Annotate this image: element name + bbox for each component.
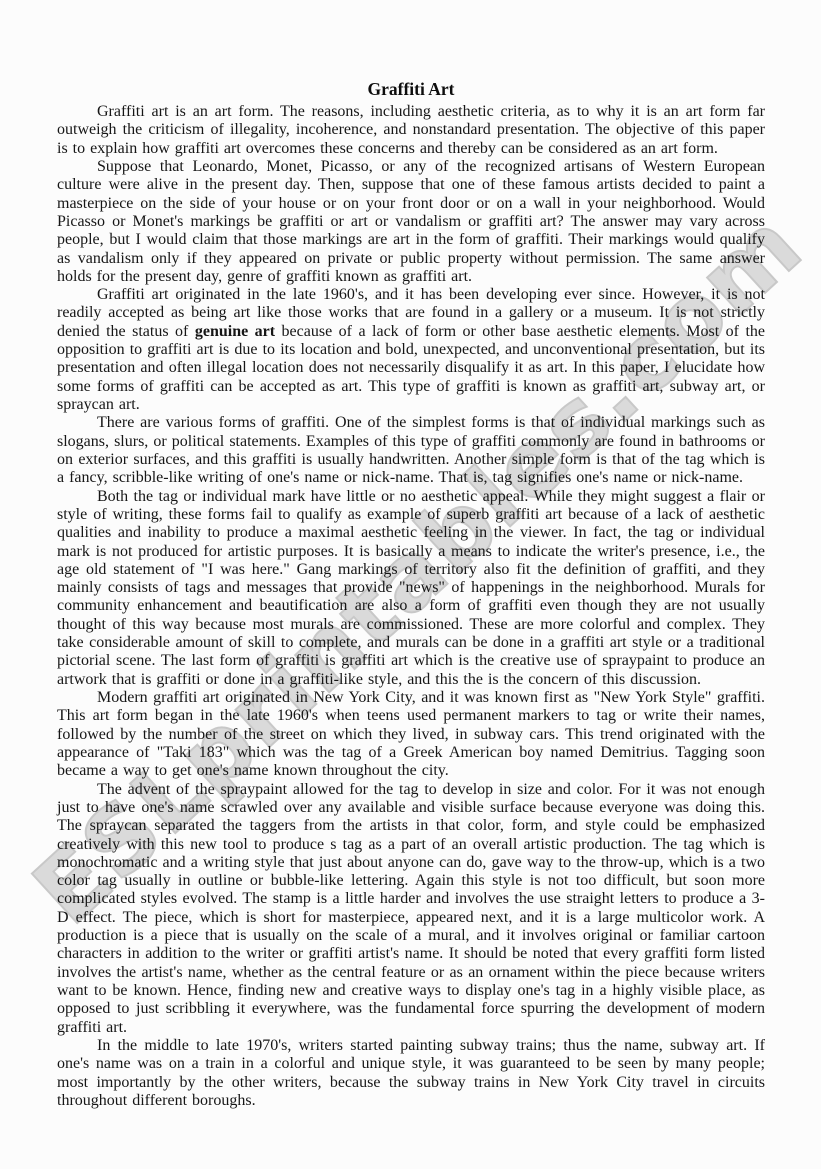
paragraph: There are various forms of graffiti. One… (57, 414, 765, 487)
text-run: The advent of the spraypaint allowed for… (57, 781, 765, 1036)
text-run: Modern graffiti art originated in New Yo… (57, 689, 765, 779)
text-run: There are various forms of graffiti. One… (57, 414, 765, 486)
text-run: In the middle to late 1970's, writers st… (57, 1037, 765, 1109)
essay-content: Graffiti Art Graffiti art is an art form… (0, 0, 821, 1110)
text-run: Suppose that Leonardo, Monet, Picasso, o… (57, 158, 765, 285)
bold-text-run: genuine art (195, 323, 275, 340)
document-page: ESLprintables.com Graffiti Art Graffiti … (0, 0, 821, 1169)
paragraph: Modern graffiti art originated in New Yo… (57, 689, 765, 781)
paragraph: Graffiti art originated in the late 1960… (57, 286, 765, 414)
paragraph: Graffiti art is an art form. The reasons… (57, 103, 765, 158)
essay-body: Graffiti art is an art form. The reasons… (57, 103, 765, 1110)
paragraph: The advent of the spraypaint allowed for… (57, 781, 765, 1037)
paragraph: Both the tag or individual mark have lit… (57, 488, 765, 689)
paragraph: In the middle to late 1970's, writers st… (57, 1037, 765, 1110)
text-run: Graffiti art is an art form. The reasons… (57, 103, 765, 157)
page-title: Graffiti Art (57, 79, 765, 99)
paragraph: Suppose that Leonardo, Monet, Picasso, o… (57, 158, 765, 286)
text-run: Both the tag or individual mark have lit… (57, 488, 765, 688)
